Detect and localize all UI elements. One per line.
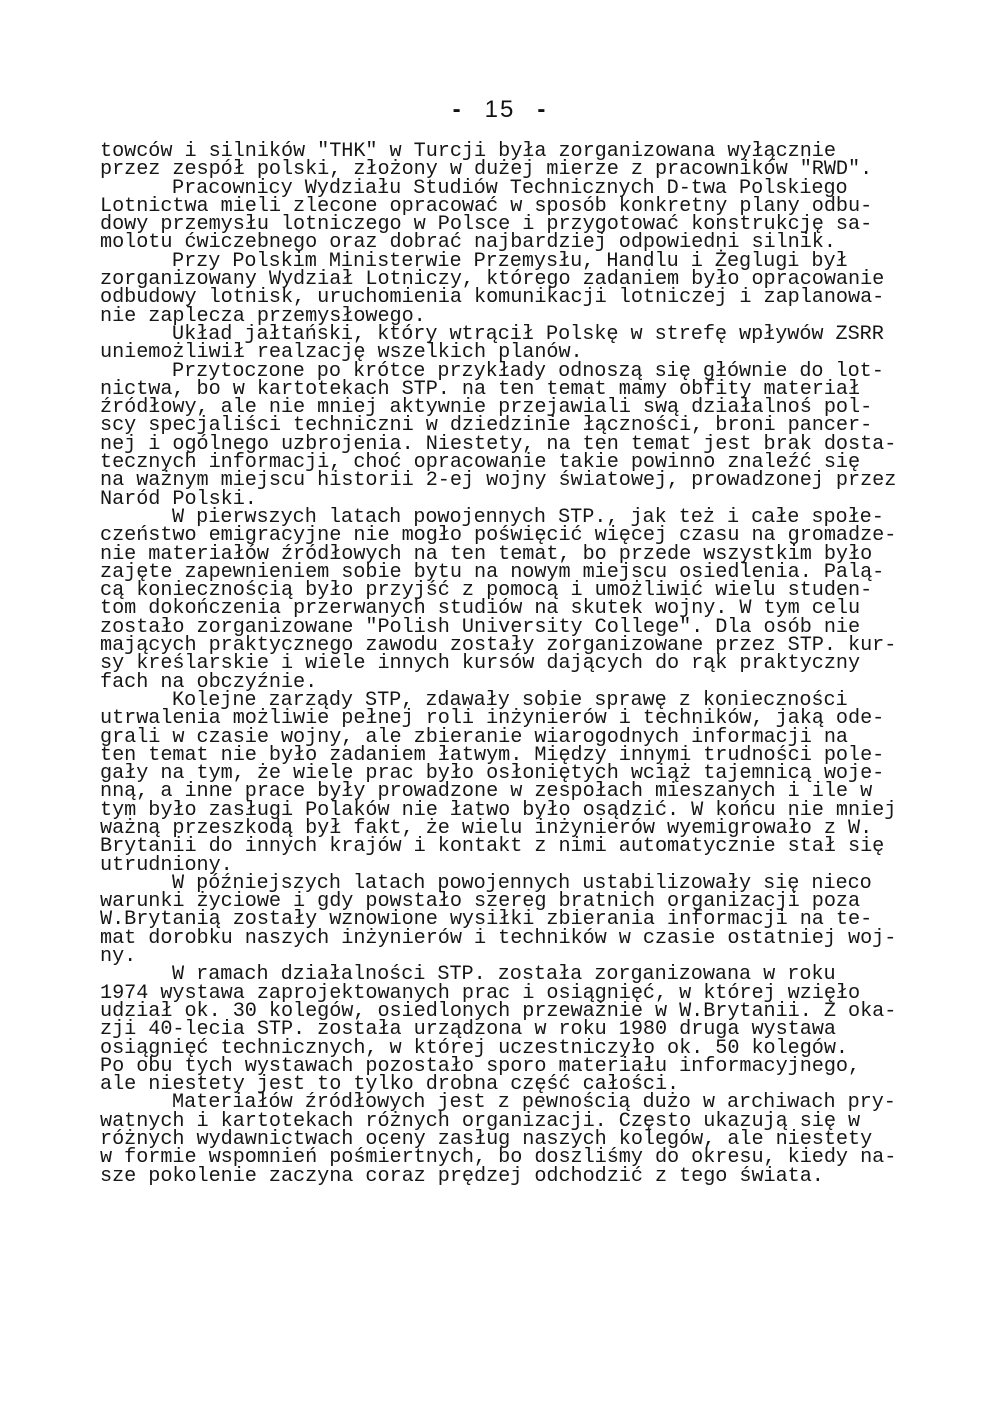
text-line: mat dorobku naszych inżynierów i technik… [100, 930, 940, 948]
text-line: sze pokolenie zaczyna coraz prędzej odch… [100, 1168, 940, 1186]
page-number-value: 15 [485, 96, 516, 123]
page-number-dash-left: - [453, 96, 463, 124]
page-number-dash-right: - [537, 96, 547, 124]
page-number: -15- [0, 96, 1000, 124]
document-body: towców i silników "THK" w Turcji była zo… [100, 143, 940, 1186]
